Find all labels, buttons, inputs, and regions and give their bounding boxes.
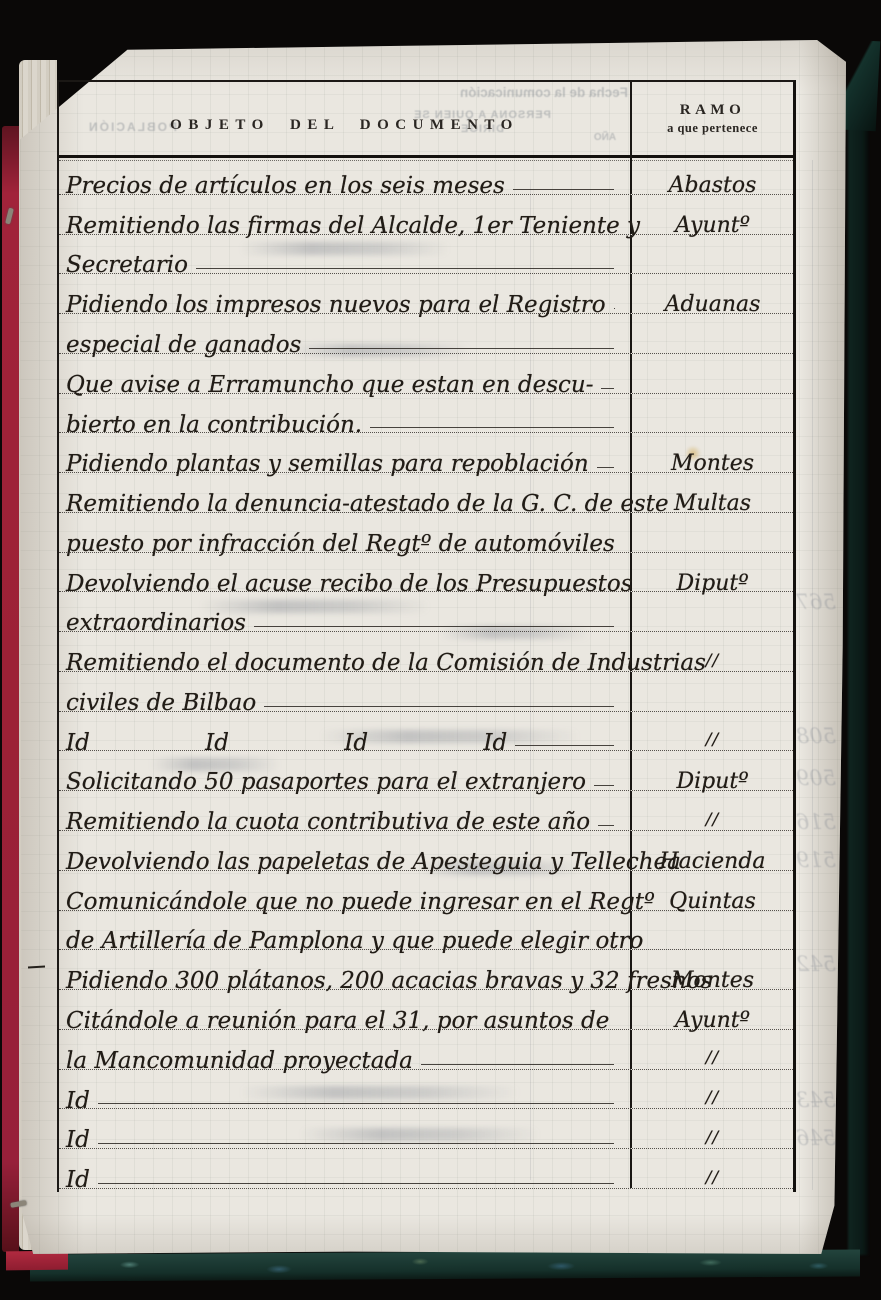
objeto-cell: Que avise a Erramuncho que estan en desc… <box>59 354 630 393</box>
objeto-cell: la Mancomunidad proyectada <box>59 1030 630 1069</box>
table-row: la Mancomunidad proyectada // <box>59 1030 793 1070</box>
fill-line <box>370 427 614 428</box>
objeto-cell: Citándole a reunión para el 31, por asun… <box>59 990 630 1029</box>
table-row: bierto en la contribución. <box>59 394 793 434</box>
fill-line <box>98 1143 614 1144</box>
objeto-cell: Devolviendo el acuse recibo de los Presu… <box>59 553 630 592</box>
objeto-cell: Remitiendo el documento de la Comisión d… <box>59 632 630 671</box>
ramo-cell: // <box>630 1030 793 1069</box>
objeto-cell: Precios de artículos en los seis meses <box>59 155 630 194</box>
entry-text: Id <box>66 1130 90 1152</box>
fill-line <box>601 388 614 389</box>
ramo-text: // <box>706 1170 719 1186</box>
bleedthrough-number: 543 <box>795 1088 837 1112</box>
ramo-text: // <box>706 653 719 669</box>
ramo-cell: Ayuntº <box>630 990 793 1029</box>
bleedthrough-number: 509 <box>795 766 837 790</box>
objeto-cell: especial de ganados <box>59 314 630 353</box>
register-table: OBJETO DEL DOCUMENTO RAMO a que pertenec… <box>57 80 796 1192</box>
ramo-cell: Abastos <box>630 155 793 194</box>
table-row: Remitiendo la cuota contributiva de este… <box>59 791 793 831</box>
entry-text: especial de ganados <box>66 335 301 357</box>
ramo-text: Montes <box>671 454 754 475</box>
ramo-text: // <box>706 812 719 828</box>
fill-line <box>515 745 614 746</box>
ramo-cell <box>630 354 793 393</box>
fill-line <box>597 467 614 468</box>
ramo-text: Ayuntº <box>675 216 750 237</box>
ramo-text: // <box>706 1130 719 1146</box>
objeto-cell: Comunicándole que no puede ingresar en e… <box>59 871 630 910</box>
table-row: Citándole a reunión para el 31, por asun… <box>59 990 793 1030</box>
objeto-cell: Solicitando 50 pasaportes para el extran… <box>59 751 630 790</box>
ramo-cell: Aduanas <box>630 274 793 313</box>
bleedthrough-number: 516 <box>795 810 837 834</box>
fill-line <box>264 706 614 707</box>
table-row: Comunicándole que no puede ingresar en e… <box>59 871 793 911</box>
fill-line <box>421 1064 614 1065</box>
entry-text: Remitiendo el documento de la Comisión d… <box>66 653 706 675</box>
table-row: Id // <box>59 1109 793 1149</box>
fill-line <box>513 189 614 190</box>
objeto-cell: Pidiendo 300 plátanos, 200 acacias brava… <box>59 950 630 989</box>
entry-text: Solicitando 50 pasaportes para el extran… <box>66 772 586 794</box>
table-row: Precios de artículos en los seis meses A… <box>59 155 793 195</box>
entries-body: Precios de artículos en los seis meses A… <box>59 155 793 1192</box>
ramo-cell: Diputº <box>630 553 793 592</box>
bleedthrough-number: 567 <box>795 590 837 614</box>
entry-text: Pidiendo los impresos nuevos para el Reg… <box>66 295 606 317</box>
objeto-cell: Id <box>59 1109 630 1148</box>
table-row: Remitiendo las firmas del Alcalde, 1er T… <box>59 195 793 235</box>
ramo-text: Montes <box>671 971 754 992</box>
ramo-cell: Ayuntº <box>630 195 793 234</box>
table-row: Remitiendo la denuncia-atestado de la G.… <box>59 473 793 513</box>
entry-text: Remitiendo la cuota contributiva de este… <box>66 812 590 834</box>
ramo-cell: // <box>630 791 793 830</box>
objeto-cell: Secretario <box>59 235 630 274</box>
fill-line <box>309 348 614 349</box>
ramo-text: Multas <box>674 494 751 515</box>
entry-text: Pidiendo 300 plátanos, 200 acacias brava… <box>66 971 712 993</box>
ramo-cell <box>630 672 793 711</box>
ramo-text: Diputº <box>676 772 748 793</box>
ramo-cell: // <box>630 1109 793 1148</box>
objeto-cell: Pidiendo los impresos nuevos para el Reg… <box>59 274 630 313</box>
table-row: Pidiendo los impresos nuevos para el Reg… <box>59 274 793 314</box>
objeto-cell: Pidiendo plantas y semillas para repobla… <box>59 433 630 472</box>
objeto-cell: Remitiendo las firmas del Alcalde, 1er T… <box>59 195 630 234</box>
ramo-text: // <box>706 1050 719 1066</box>
table-row: Secretario <box>59 235 793 275</box>
entry-text: Devolviendo el acuse recibo de los Presu… <box>66 574 633 596</box>
ramo-text: // <box>706 732 719 748</box>
ramo-cell: Diputº <box>630 751 793 790</box>
entry-text: Pidiendo plantas y semillas para repobla… <box>66 454 589 476</box>
book-cover-bottom-edge <box>30 1249 860 1281</box>
bleedthrough-number: 508 <box>795 724 837 748</box>
objeto-cell: puesto por infracción del Regtº de autom… <box>59 513 630 552</box>
ramo-cell <box>630 911 793 950</box>
table-row: Id // <box>59 1149 793 1189</box>
fill-line <box>98 1183 614 1184</box>
fill-line <box>98 1103 614 1104</box>
entry-text: Id Id Id Id <box>66 733 507 755</box>
ramo-cell <box>630 513 793 552</box>
table-row: de Artillería de Pamplona y que puede el… <box>59 911 793 951</box>
book-cover-right-edge <box>848 90 868 1255</box>
entry-text: Devolviendo las papeletas de Apesteguia … <box>66 852 681 874</box>
table-row: civiles de Bilbao <box>59 672 793 712</box>
table-row: Pidiendo 300 plátanos, 200 acacias brava… <box>59 950 793 990</box>
table-row: Remitiendo el documento de la Comisión d… <box>59 632 793 672</box>
entry-text: Id <box>66 1091 90 1113</box>
objeto-cell: Devolviendo las papeletas de Apesteguia … <box>59 831 630 870</box>
objeto-cell: Remitiendo la denuncia-atestado de la G.… <box>59 473 630 512</box>
ramo-text: Diputº <box>676 574 748 595</box>
fill-line <box>196 268 614 269</box>
table-row: Devolviendo las papeletas de Apesteguia … <box>59 831 793 871</box>
entry-text: Remitiendo la denuncia-atestado de la G.… <box>66 494 669 516</box>
table-row: Id Id Id Id // <box>59 712 793 752</box>
entry-text: Citándole a reunión para el 31, por asun… <box>66 1011 609 1033</box>
objeto-cell: Id Id Id Id <box>59 712 630 751</box>
entry-text: extraordinarios <box>66 613 246 635</box>
fill-line <box>594 785 614 786</box>
table-header: OBJETO DEL DOCUMENTO RAMO a que pertenec… <box>59 82 793 158</box>
table-row: Id // <box>59 1070 793 1110</box>
objeto-column-title: OBJETO DEL DOCUMENTO <box>170 103 519 134</box>
table-row: Devolviendo el acuse recibo de los Presu… <box>59 553 793 593</box>
entry-text: Remitiendo las firmas del Alcalde, 1er T… <box>66 216 640 238</box>
objeto-cell: civiles de Bilbao <box>59 672 630 711</box>
ramo-cell <box>630 235 793 274</box>
ramo-cell <box>630 394 793 433</box>
objeto-cell: bierto en la contribución. <box>59 394 630 433</box>
objeto-cell: Remitiendo la cuota contributiva de este… <box>59 791 630 830</box>
fill-line <box>598 825 614 826</box>
ramo-cell: // <box>630 712 793 751</box>
entry-text: Comunicándole que no puede ingresar en e… <box>66 892 655 914</box>
ramo-column-title: RAMO <box>680 102 746 119</box>
ramo-text: Abastos <box>669 176 757 197</box>
table-row: Que avise a Erramuncho que estan en desc… <box>59 354 793 394</box>
table-row: Pidiendo plantas y semillas para repobla… <box>59 433 793 473</box>
ledger-photo: Fecha de la comunicación PERSONA A QUIEN… <box>0 0 881 1300</box>
table-row: puesto por infracción del Regtº de autom… <box>59 513 793 553</box>
ramo-cell <box>630 314 793 353</box>
entry-text: Precios de artículos en los seis meses <box>66 176 505 198</box>
bleedthrough-rule <box>812 160 813 1190</box>
column-header-objeto: OBJETO DEL DOCUMENTO <box>59 82 630 155</box>
ramo-cell: // <box>630 1070 793 1109</box>
bleedthrough-number: 542 <box>795 952 837 976</box>
ramo-cell <box>630 592 793 631</box>
entry-text: Que avise a Erramuncho que estan en desc… <box>66 375 593 397</box>
table-row: especial de ganados <box>59 314 793 354</box>
objeto-cell: Id <box>59 1070 630 1109</box>
ramo-cell: // <box>630 1149 793 1188</box>
entry-text: Id <box>66 1170 90 1192</box>
bleedthrough-number: 519 <box>795 848 837 872</box>
book-spine-red-edge <box>2 126 19 1252</box>
entry-text: civiles de Bilbao <box>66 693 256 715</box>
bleedthrough-number: 546 <box>795 1126 837 1150</box>
objeto-cell: extraordinarios <box>59 592 630 631</box>
ramo-text: Aduanas <box>665 295 761 316</box>
ramo-text: Ayuntº <box>675 1011 750 1032</box>
ramo-column-subtitle: a que pertenece <box>667 121 758 136</box>
entry-text: la Mancomunidad proyectada <box>66 1051 413 1073</box>
ramo-text: // <box>706 1090 719 1106</box>
entry-text: Secretario <box>66 255 188 277</box>
table-row: extraordinarios <box>59 592 793 632</box>
objeto-cell: Id <box>59 1149 630 1188</box>
entry-text: de Artillería de Pamplona y que puede el… <box>66 931 643 953</box>
ramo-text: Hacienda <box>659 852 765 873</box>
ramo-cell: Montes <box>630 433 793 472</box>
objeto-cell: de Artillería de Pamplona y que puede el… <box>59 911 630 950</box>
column-header-ramo: RAMO a que pertenece <box>630 82 793 155</box>
entry-text: bierto en la contribución. <box>66 415 362 437</box>
fill-line <box>254 626 614 627</box>
entry-text: puesto por infracción del Regtº de autom… <box>66 534 615 556</box>
ramo-text: Quintas <box>669 892 756 913</box>
table-row: Solicitando 50 pasaportes para el extran… <box>59 751 793 791</box>
